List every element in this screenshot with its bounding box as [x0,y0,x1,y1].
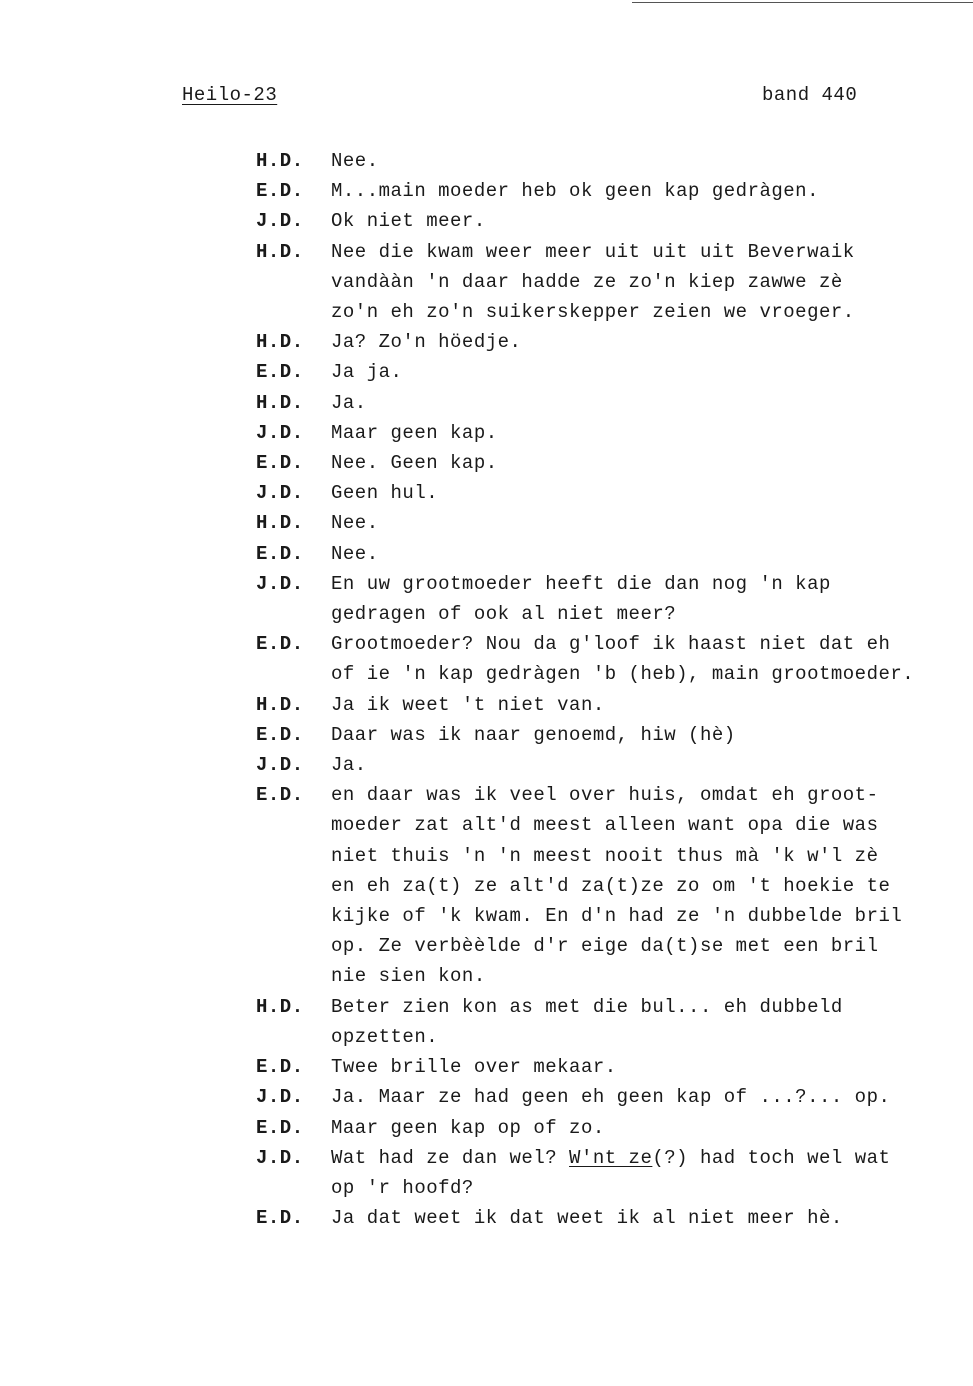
utterance-line: Ja? Zo'n höedje. [331,327,956,357]
transcript-turn: E.D.Nee. [256,539,956,569]
speaker-label: E.D. [256,720,331,750]
utterance-line: vandààn 'n daar hadde ze zo'n kiep zawwe… [331,267,956,297]
utterance-line: Ja. Maar ze had geen eh geen kap of ...?… [331,1082,956,1112]
speaker-label: H.D. [256,327,331,357]
utterance-line: Ja ik weet 't niet van. [331,690,956,720]
speaker-label: E.D. [256,539,331,569]
utterance-line: Daar was ik naar genoemd, hiw (hè) [331,720,956,750]
utterance-line: Nee. [331,146,956,176]
transcript-turn: J.D.En uw grootmoeder heeft die dan nog … [256,569,956,629]
speaker-label: J.D. [256,478,331,508]
utterance-line: Twee brille over mekaar. [331,1052,956,1082]
speaker-label: H.D. [256,388,331,418]
utterance-line: of ie 'n kap gedràgen 'b (heb), main gro… [331,659,956,689]
speaker-label: J.D. [256,569,331,629]
transcript-turn: E.D.Ja dat weet ik dat weet ik al niet m… [256,1203,956,1233]
transcript-turn: H.D.Nee die kwam weer meer uit uit uit B… [256,237,956,328]
utterance-line: gedragen of ook al niet meer? [331,599,956,629]
document-id: Heilo-23 [182,84,277,106]
utterance-line: Ja. [331,750,956,780]
utterance-line: Grootmoeder? Nou da g'loof ik haast niet… [331,629,956,659]
utterance-line: kijke of 'k kwam. En d'n had ze 'n dubbe… [331,901,956,931]
tape-number: band 440 [762,84,857,106]
speaker-label: H.D. [256,992,331,1052]
transcript-turn: H.D.Ja. [256,388,956,418]
utterance-line: opzetten. [331,1022,956,1052]
transcript-turn: J.D.Maar geen kap. [256,418,956,448]
transcript-turn: H.D.Ja ik weet 't niet van. [256,690,956,720]
transcript-turn: E.D.M...main moeder heb ok geen kap gedr… [256,176,956,206]
transcript-turn: J.D.Wat had ze dan wel? W'nt ze(?) had t… [256,1143,956,1203]
transcript-turn: E.D.Maar geen kap op of zo. [256,1113,956,1143]
speaker-label: H.D. [256,508,331,538]
utterance-line: nie sien kon. [331,961,956,991]
utterance-line: en daar was ik veel over huis, omdat eh … [331,780,956,810]
transcript-turn: H.D.Beter zien kon as met die bul... eh … [256,992,956,1052]
utterance-line: op. Ze verbèèlde d'r eige da(t)se met ee… [331,931,956,961]
transcript: H.D.Nee.E.D.M...main moeder heb ok geen … [256,146,956,1233]
transcript-turn: H.D.Nee. [256,146,956,176]
utterance-line: En uw grootmoeder heeft die dan nog 'n k… [331,569,956,599]
transcript-turn: J.D.Ok niet meer. [256,206,956,236]
transcript-turn: H.D.Ja? Zo'n höedje. [256,327,956,357]
transcript-turn: E.D.Twee brille over mekaar. [256,1052,956,1082]
transcript-turn: J.D.Ja. Maar ze had geen eh geen kap of … [256,1082,956,1112]
speaker-label: E.D. [256,357,331,387]
uncertain-transcription: W'nt ze [569,1147,652,1169]
utterance-line: Nee. Geen kap. [331,448,956,478]
transcript-turn: E.D.Nee. Geen kap. [256,448,956,478]
speaker-label: E.D. [256,1052,331,1082]
speaker-label: H.D. [256,237,331,328]
speaker-label: J.D. [256,418,331,448]
utterance-line: Wat had ze dan wel? W'nt ze(?) had toch … [331,1143,956,1173]
utterance-line: M...main moeder heb ok geen kap gedràgen… [331,176,956,206]
transcript-turn: J.D.Geen hul. [256,478,956,508]
utterance-line: Ja. [331,388,956,418]
speaker-label: J.D. [256,206,331,236]
utterance-line: niet thuis 'n 'n meest nooit thus mà 'k … [331,841,956,871]
utterance-line: Ja dat weet ik dat weet ik al niet meer … [331,1203,956,1233]
utterance-line: Nee. [331,539,956,569]
utterance-line: zo'n eh zo'n suikerskepper zeien we vroe… [331,297,956,327]
speaker-label: H.D. [256,690,331,720]
transcript-turn: E.D.en daar was ik veel over huis, omdat… [256,780,956,991]
utterance-line: Ja ja. [331,357,956,387]
speaker-label: E.D. [256,1113,331,1143]
utterance-line: Beter zien kon as met die bul... eh dubb… [331,992,956,1022]
speaker-label: E.D. [256,780,331,991]
speaker-label: J.D. [256,750,331,780]
transcript-turn: H.D.Nee. [256,508,956,538]
utterance-line: Geen hul. [331,478,956,508]
utterance-line: Ok niet meer. [331,206,956,236]
utterance-line: en eh za(t) ze alt'd za(t)ze zo om 't ho… [331,871,956,901]
utterance-line: Nee. [331,508,956,538]
speaker-label: H.D. [256,146,331,176]
transcript-turn: E.D.Grootmoeder? Nou da g'loof ik haast … [256,629,956,689]
utterance-line: Nee die kwam weer meer uit uit uit Bever… [331,237,956,267]
utterance-line: op 'r hoofd? [331,1173,956,1203]
utterance-line: moeder zat alt'd meest alleen want opa d… [331,810,956,840]
speaker-label: E.D. [256,176,331,206]
speaker-label: E.D. [256,629,331,689]
speaker-label: J.D. [256,1143,331,1203]
transcript-turn: E.D.Daar was ik naar genoemd, hiw (hè) [256,720,956,750]
speaker-label: E.D. [256,448,331,478]
top-rule [632,2,973,3]
utterance-line: Maar geen kap op of zo. [331,1113,956,1143]
transcript-turn: E.D.Ja ja. [256,357,956,387]
transcript-turn: J.D.Ja. [256,750,956,780]
utterance-line: Maar geen kap. [331,418,956,448]
speaker-label: J.D. [256,1082,331,1112]
speaker-label: E.D. [256,1203,331,1233]
